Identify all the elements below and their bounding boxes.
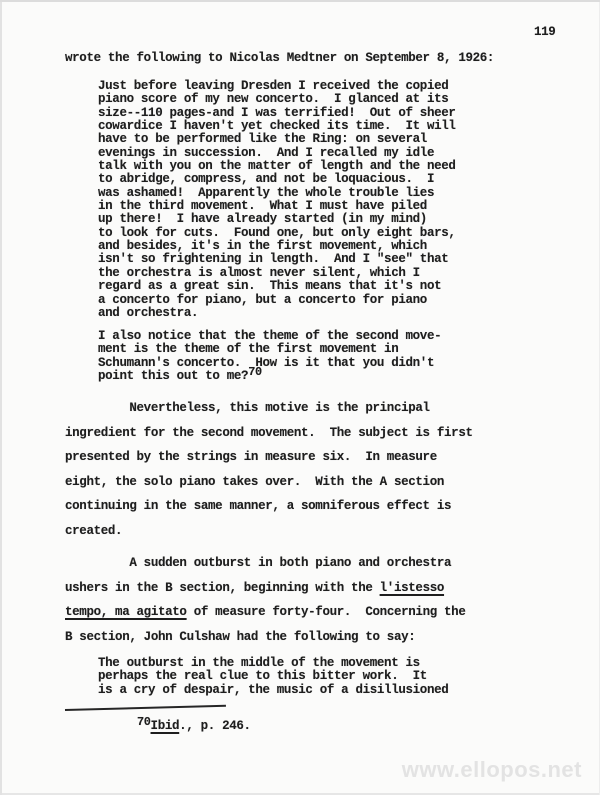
body-paragraph-2: A sudden outburst in both piano and orch… <box>65 551 465 649</box>
footnote-separator-rule <box>65 705 226 712</box>
intro-line: wrote the following to Nicolas Medtner o… <box>65 51 494 66</box>
scanned-document-page: 119 wrote the following to Nicolas Medtn… <box>0 0 600 795</box>
footnote-citation: 70Ibid., p. 246. <box>137 719 251 734</box>
body-paragraph-1: Nevertheless, this motive is the princip… <box>65 396 473 544</box>
page-number: 119 <box>534 25 555 40</box>
block-quote-letter-2: I also notice that the theme of the seco… <box>98 330 441 383</box>
block-quote-letter-1: Just before leaving Dresden I received t… <box>98 80 456 320</box>
block-quote-culshaw: The outburst in the middle of the moveme… <box>98 657 448 697</box>
watermark-text: www.ellopos.net <box>402 757 582 783</box>
